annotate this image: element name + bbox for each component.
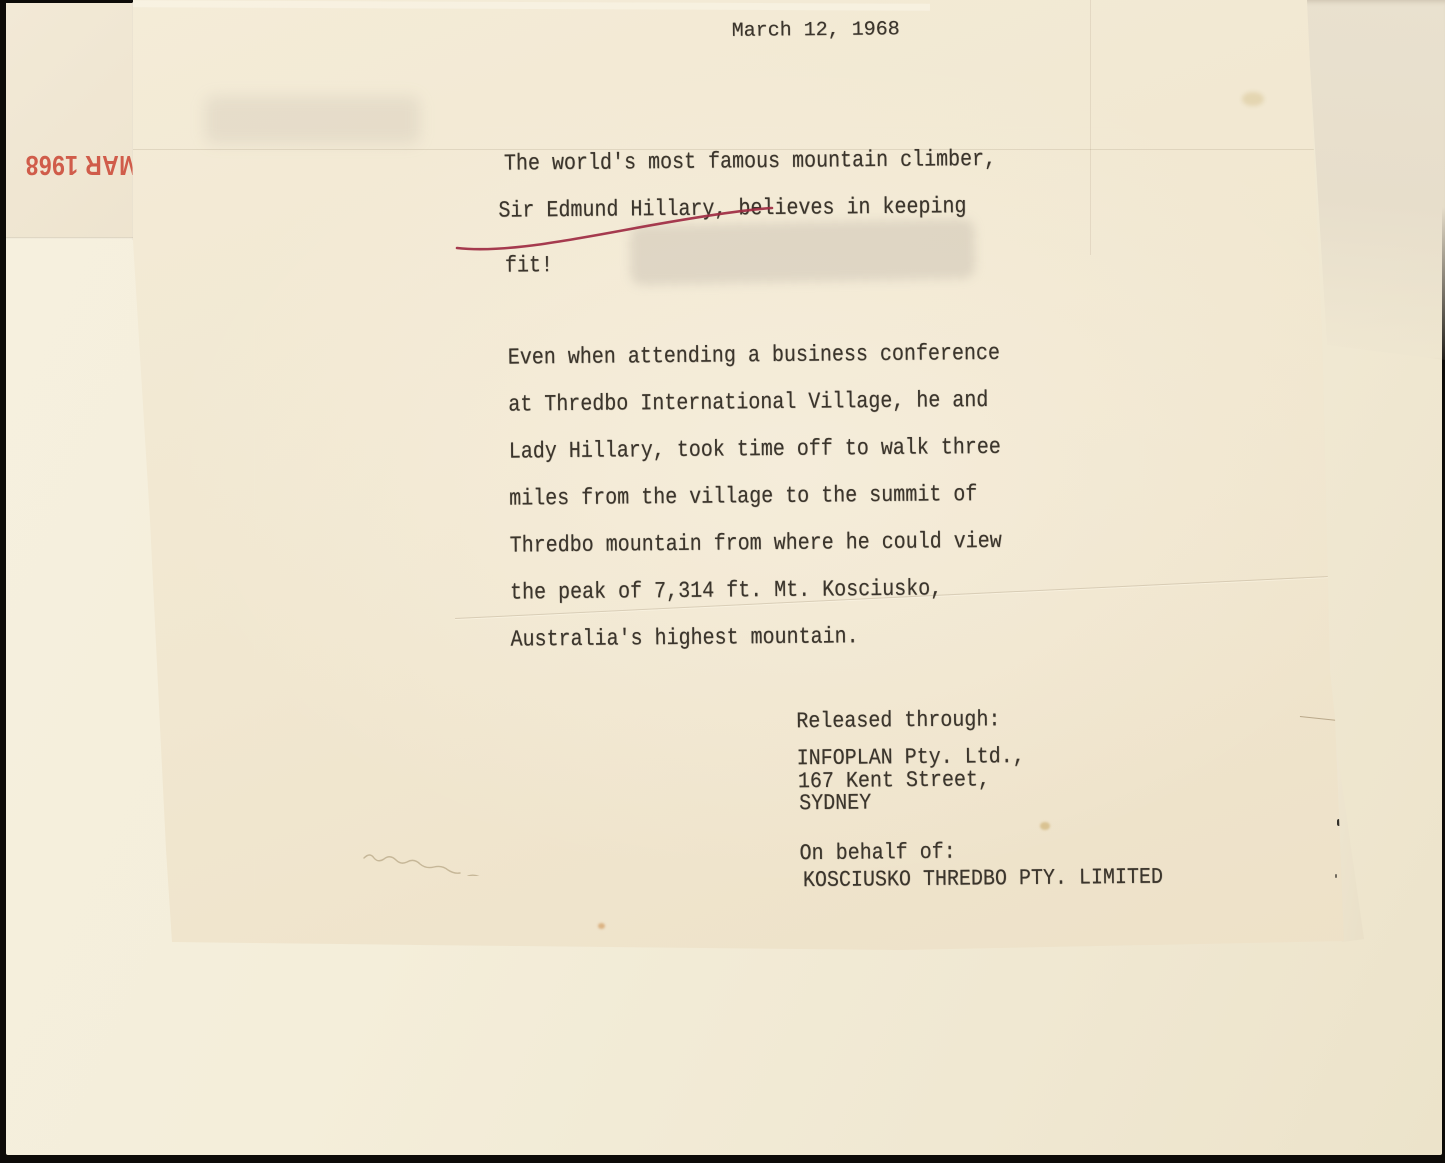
behalf-heading: On behalf of: bbox=[800, 840, 956, 868]
stamped-sheet: MAR 1968 bbox=[6, 3, 134, 237]
scanned-document: MAR 1968 March 12, 1968 The world's most… bbox=[0, 0, 1445, 1163]
company-line: KOSCIUSKO THREDBO PTY. LIMITED bbox=[803, 865, 1163, 895]
body-paragraph: Even when attending a business conferenc… bbox=[508, 339, 1003, 673]
body-line: Australia's highest mountain. bbox=[510, 621, 1003, 680]
released-line: SYDNEY bbox=[799, 791, 871, 819]
date-stamp: MAR 1968 bbox=[32, 148, 134, 182]
sheet-edge-horizontal bbox=[6, 237, 134, 239]
red-pen-underline bbox=[440, 195, 800, 265]
released-heading: Released through: bbox=[796, 707, 1000, 736]
date-line: March 12, 1968 bbox=[732, 18, 900, 43]
